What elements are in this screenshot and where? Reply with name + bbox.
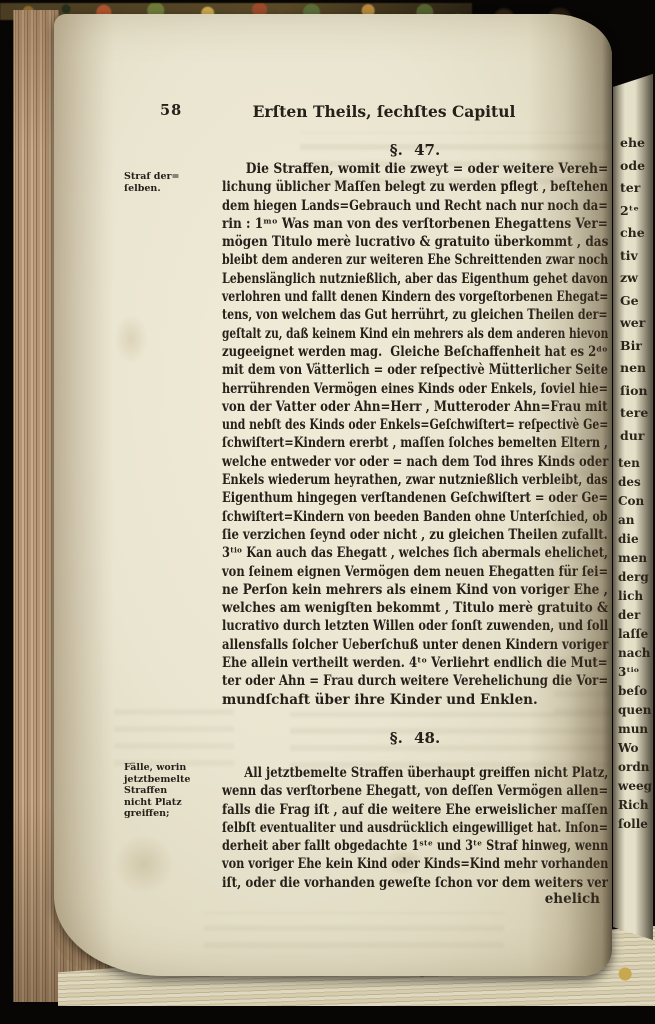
text-line: welche entweder vor oder = nach dem Tod … [222, 453, 553, 471]
margin-note-straf: Straf der= ſelben. [124, 171, 218, 194]
text-line: tens, von welchem das Gut herrührt, zu g… [222, 306, 538, 324]
text-line: von ſeinem eignen Vermögen dem neuen Ehe… [222, 563, 550, 581]
text-line: ter oder Ahn = Frau durch weitere Verehe… [222, 672, 558, 690]
text-line: nach [618, 644, 652, 663]
text-line: welches am wenigſten bekommt , Titulo me… [222, 599, 569, 617]
facing-page-fragments-bottom: tendesConandiemenderglichderlaſſenach3ᵗⁱ… [618, 454, 652, 834]
text-line: men [618, 549, 652, 568]
text-line: ſion [620, 380, 648, 403]
page-number: 58 [160, 102, 182, 119]
bleed-through-ghost [204, 912, 504, 948]
text-line: lich [618, 587, 652, 606]
catchword: ehelich [222, 891, 600, 907]
text-line: ſelbſt eventualiter und ausdrücklich ein… [222, 819, 540, 837]
text-line: ſchwiſtert=Kindern ererbt , maſſen ſolch… [222, 434, 545, 452]
paper-stain [114, 314, 148, 364]
text-line: ode [620, 155, 648, 178]
text-line: des [618, 473, 652, 492]
text-line: falls die Frag iſt , auf die weitere Ehe… [222, 801, 563, 819]
text-line: verlohren und fallt denen Kindern des vo… [222, 288, 532, 306]
text-line: mun [618, 720, 652, 739]
text-line: ne Perſon kein mehrers als einem Kind vo… [222, 581, 569, 599]
paper-stain [114, 834, 174, 894]
text-line: ehe [620, 132, 648, 155]
text-line: Wo [618, 739, 652, 758]
text-line: nen [620, 357, 648, 380]
text-line: an [618, 511, 652, 530]
text-line: dem hiegen Lands=Gebrauch und Recht nach… [222, 197, 550, 215]
margin-note-faelle: Fälle, worin jetztbemelte Straffen nicht… [124, 762, 218, 820]
text-line: 3ᵗⁱᵒ [618, 663, 652, 682]
text-line: 2ᵗᵉ [620, 200, 648, 223]
text-line: allensfalls ſolcher Ueberſchuß unter den… [222, 636, 552, 654]
text-line: derg [618, 568, 652, 587]
text-line: Ge [620, 290, 648, 313]
text-line: laſſe [618, 625, 652, 644]
text-line: mögen Titulo merè lucrativo & gratuito ü… [222, 233, 567, 251]
text-line: geſtalt zu, daß keinem Kind ein mehrers … [222, 325, 525, 343]
text-line: herrührenden Vermögen eines Kinds oder E… [222, 380, 543, 398]
text-line: ſchwiſtert=Kindern von beeden Banden ohn… [222, 508, 542, 526]
text-line: ſie verzichen ſeynd oder nicht , zu glei… [222, 526, 555, 544]
text-line: wer [620, 312, 648, 335]
text-line: ten [618, 454, 652, 473]
text-line: Rich [618, 796, 652, 815]
text-line: von voriger Ehe kein Kind oder Kinds=Kin… [222, 855, 545, 873]
text-line: weeg [618, 777, 652, 796]
text-line: tere [620, 402, 648, 425]
text-line: wenn das verſtorbene Ehegatt, von deſſen… [222, 782, 553, 800]
text-line: tiv [620, 245, 648, 268]
text-line: quen [618, 701, 652, 720]
text-line: rin : 1ᵐᵒ Was man von des verſtorbenen E… [222, 215, 569, 233]
text-line: Con [618, 492, 652, 511]
text-line: die [618, 530, 652, 549]
text-line: Die Straffen, womit die zweyt = oder wei… [222, 160, 575, 178]
text-line: und nebſt des Kinds oder Enkels=Geſchwiſ… [222, 416, 532, 434]
book-page: 58 Erſten Theils, ſechſtes Capitul §. 47… [54, 14, 612, 976]
book-scan: eheodeter2ᵗᵉchetivzwGewerBirnenſiontered… [0, 0, 655, 1024]
binding-shadow [54, 14, 114, 976]
text-line: Enkels wiederum heyrathen, zwar nutznieß… [222, 471, 543, 489]
text-line: iſt, oder die vorhanden geweſte ſchon vo… [222, 874, 562, 892]
facing-page-sliver: eheodeter2ᵗᵉchetivzwGewerBirnenſiontered… [613, 74, 653, 940]
section-heading-48: §. 48. [222, 729, 608, 747]
text-line: ordn [618, 758, 652, 777]
text-line: der [618, 606, 652, 625]
text-line: All jetztbemelte Straffen überhaupt grei… [222, 764, 552, 782]
running-header: Erſten Theils, ſechſtes Capitul [194, 102, 574, 121]
text-line: mit dem von Vätterlich = oder reſpectivè… [222, 361, 551, 379]
bleed-through-ghost [114, 702, 234, 766]
section-heading-47: §. 47. [222, 141, 608, 159]
text-line: 3ᵗⁱᵒ Kan auch das Ehegatt , welches ſich… [222, 544, 549, 562]
facing-page-fragments-top: eheodeter2ᵗᵉchetivzwGewerBirnenſiontered… [620, 132, 648, 447]
text-line: Eigenthum hingegen verſtandenen Geſchwiſ… [222, 489, 550, 507]
text-line: bleibt dem anderen zur weiteren Ehe Schr… [222, 251, 536, 269]
text-line: beſo [618, 682, 652, 701]
section-48-body: All jetztbemelte Straffen überhaupt grei… [222, 764, 608, 892]
text-line: lucrativo durch letzten Willen oder ſonſ… [222, 617, 549, 635]
section-47-body: Die Straffen, womit die zweyt = oder wei… [222, 160, 608, 709]
text-line: dur [620, 425, 648, 448]
text-line: ſolle [618, 815, 652, 834]
text-line: Lebenslänglich nutznießlich, aber das Ei… [222, 270, 536, 288]
text-line: derheit aber fallt obgedachte 1ˢᵗᵉ und 3… [222, 837, 545, 855]
text-line: che [620, 222, 648, 245]
text-line: von der Vatter oder Ahn=Herr , Mutterode… [222, 398, 560, 416]
text-line: zugeeignet werden mag. Gleiche Beſchaffe… [222, 343, 556, 361]
text-line: Bir [620, 335, 648, 358]
text-line: zw [620, 267, 648, 290]
text-line: Ehe allein vertheilt werden. 4ᵗᵒ Verlieh… [222, 654, 558, 672]
text-line: mundſchaft über ihre Kinder und Enklen. [222, 691, 608, 709]
text-line: ter [620, 177, 648, 200]
text-line: lichung üblicher Maſſen belegt zu werden… [222, 178, 555, 196]
